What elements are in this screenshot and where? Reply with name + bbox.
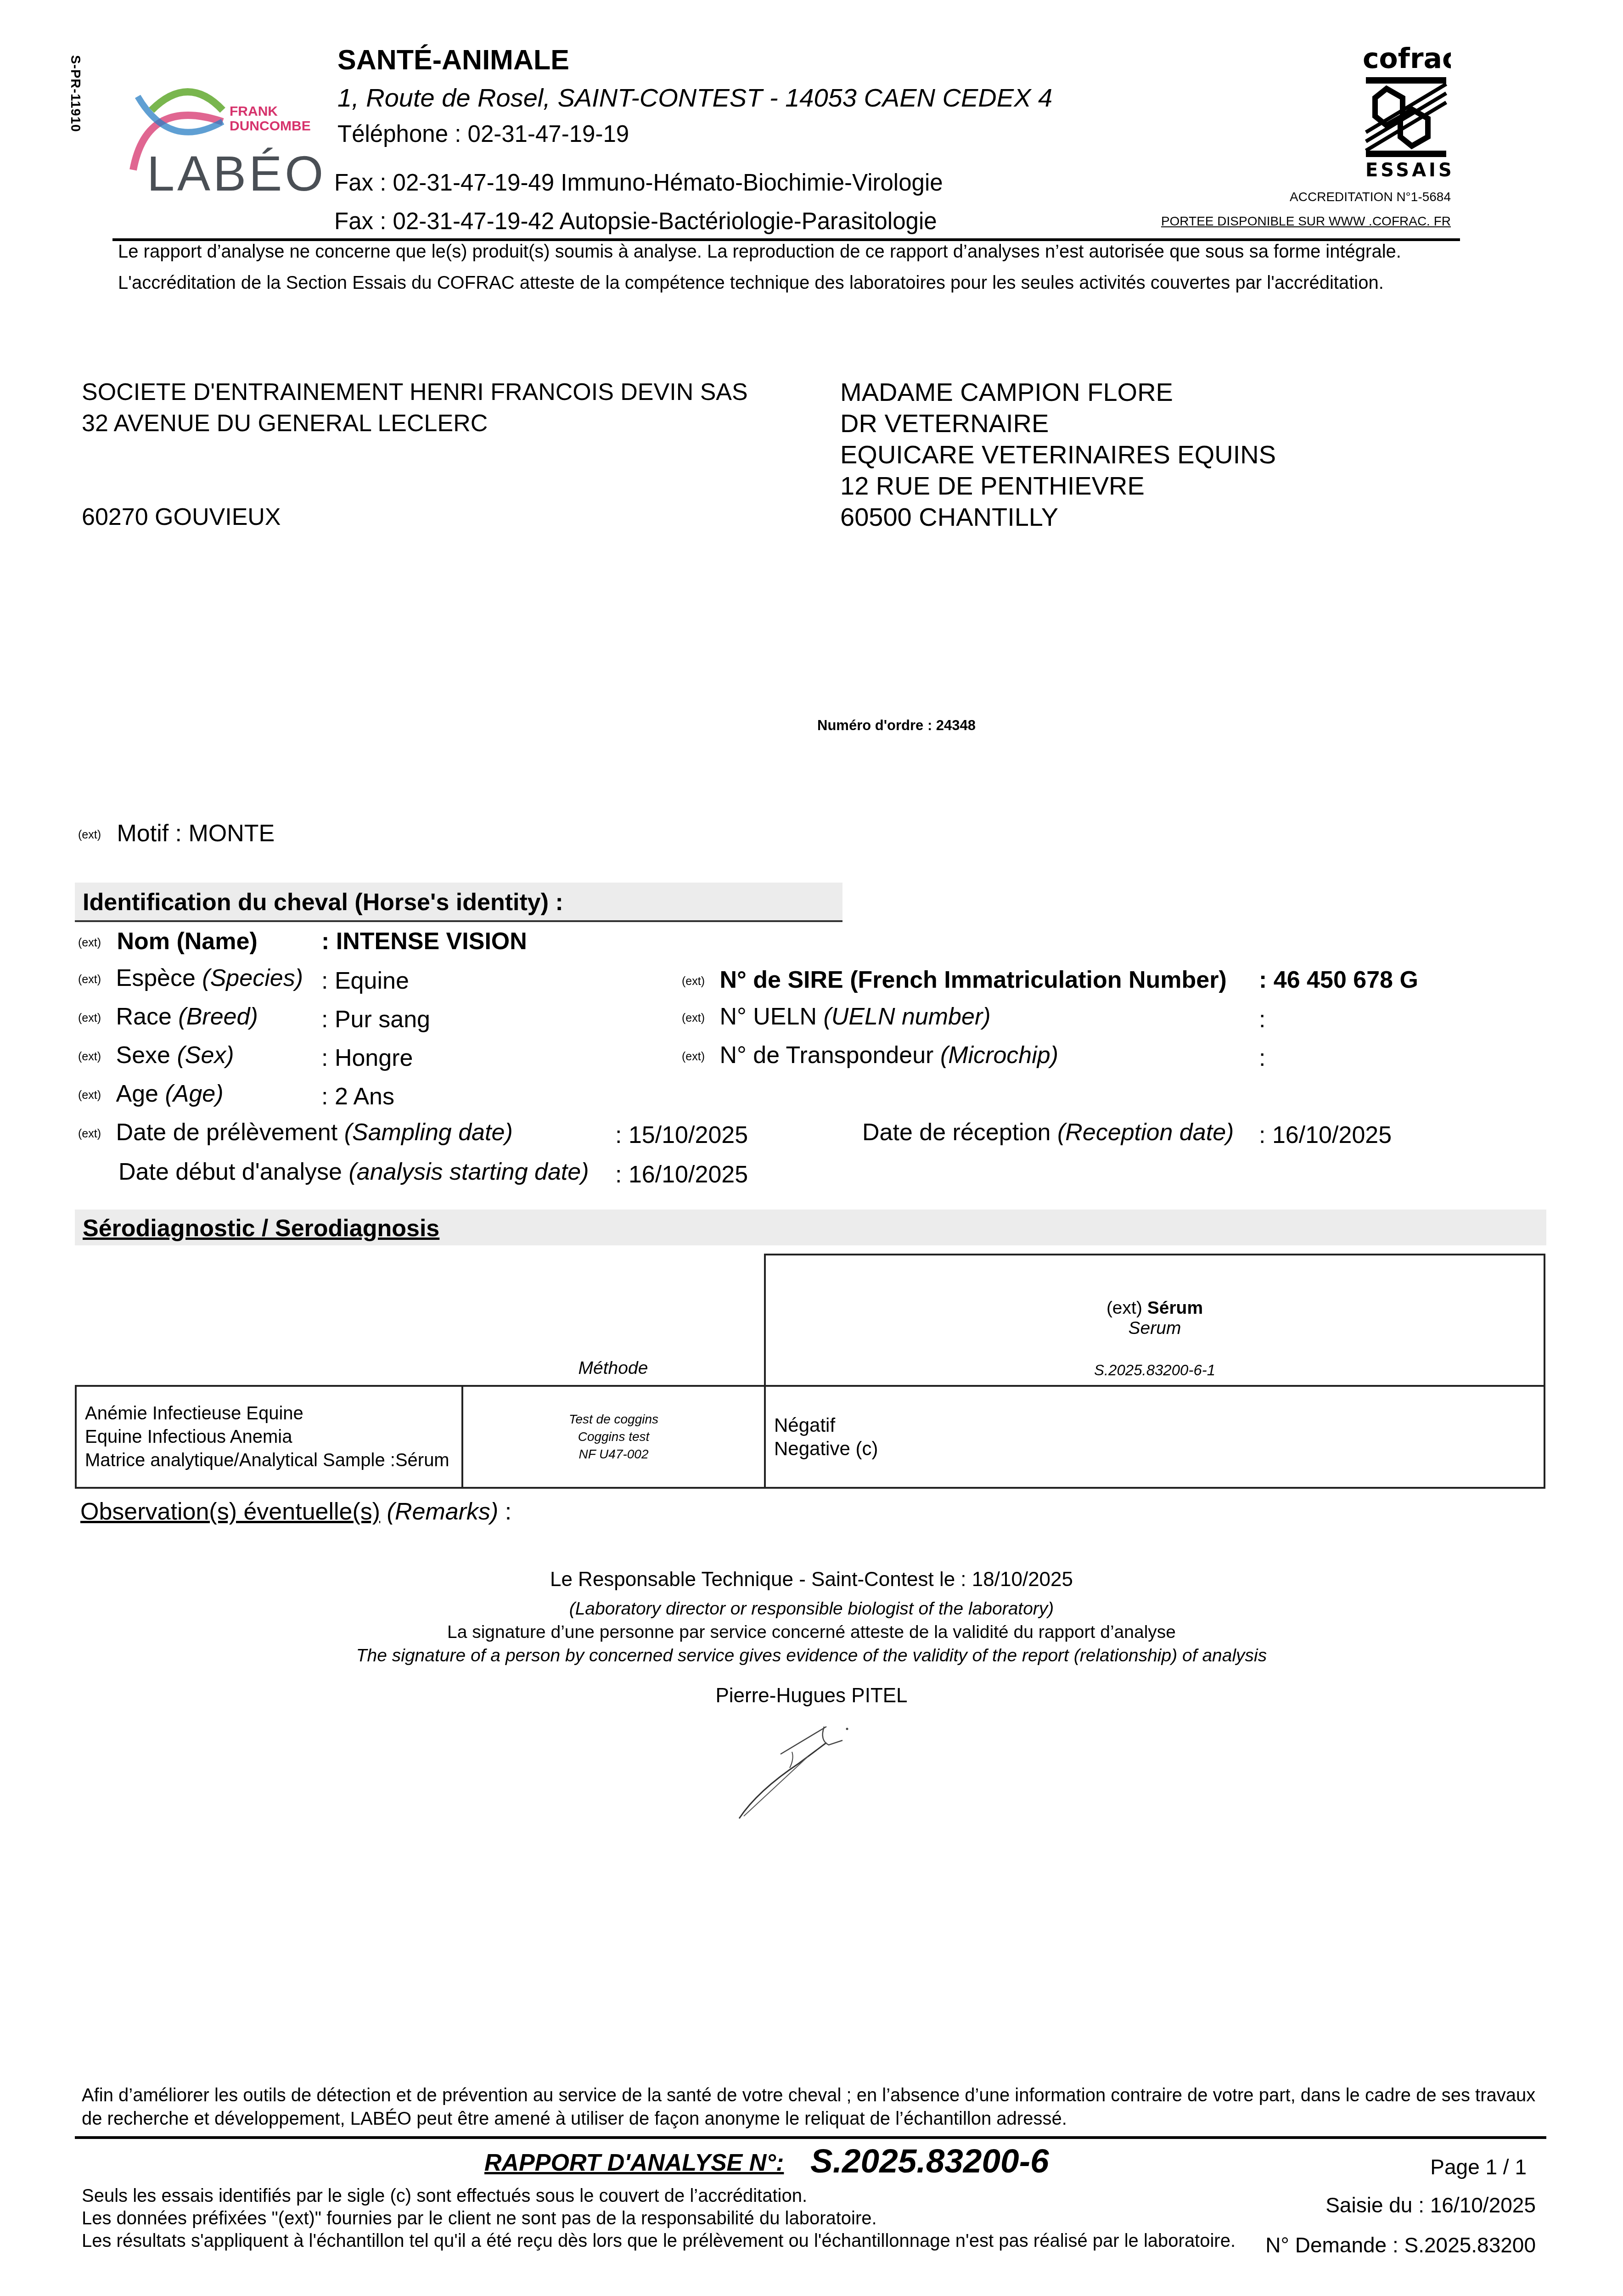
remarks: Observation(s) éventuelle(s) (Remarks) : [80,1498,511,1525]
analysis-start-label-en: (analysis starting date) [348,1159,589,1185]
signature-validity-en: The signature of a person by concerned s… [0,1646,1623,1666]
page-number: Page 1 / 1 [1430,2155,1527,2179]
svg-text:DUNCOMBE: DUNCOMBE [230,118,311,134]
signature-icon [730,1708,895,1823]
method-cell: Test de coggins Coggins test NF U47-002 [462,1386,765,1488]
ext-tag: (ext) [78,1127,101,1141]
recipient-line: DR VETERNAIRE [840,408,1276,439]
ext-tag: (ext) [78,1089,101,1102]
table-row: Anémie Infectieuse Equine Equine Infecti… [76,1386,1544,1488]
ueln-row: (ext) N° UELN (UELN number) [682,1003,991,1030]
svg-text:ESSAIS: ESSAIS [1365,160,1451,178]
recipient-line: 12 RUE DE PENTHIEVRE [840,470,1276,501]
remarks-label: Observation(s) éventuelle(s) [80,1498,380,1525]
notice-accreditation: L'accréditation de la Section Essais du … [118,273,1384,293]
remarks-label-en: (Remarks) [387,1498,499,1525]
sampling-date-row: (ext) Date de prélèvement (Sampling date… [78,1119,513,1146]
sire-value: : 46 450 678 G [1259,966,1418,994]
ext-tag: (ext) [78,973,101,986]
entry-date: Saisie du : 16/10/2025 [1325,2193,1536,2217]
age-label-en: (Age) [165,1080,223,1107]
recipient-line: MADAME CAMPION FLORE [840,377,1276,408]
cofrac-scope-link[interactable]: PORTEE DISPONIBLE SUR WWW .COFRAC. FR [1161,214,1451,229]
sex-label-en: (Sex) [177,1042,234,1069]
handwritten-signature [730,1708,895,1823]
method-norm: NF U47-002 [464,1446,764,1463]
signature-role-en: (Laboratory director or responsible biol… [0,1599,1623,1619]
results-header-row: Méthode (ext) Sérum Serum S.2025.83200-6… [76,1255,1544,1386]
microchip-label: N° de Transpondeur [719,1042,933,1069]
analysis-start-row: Date début d'analyse (analysis starting … [118,1158,589,1186]
sampling-date-label: Date de prélèvement [116,1119,337,1146]
sire-label: N° de SIRE (French Immatriculation Numbe… [719,967,1226,993]
client-address: SOCIETE D'ENTRAINEMENT HENRI FRANCOIS DE… [82,377,748,533]
lab-fax-1: Fax : 02-31-47-19-49 Immuno-Hémato-Bioch… [334,169,943,196]
result-cell: Négatif Negative (c) [765,1386,1544,1488]
sample-ext-tag: (ext) [1106,1298,1142,1318]
footer-line: Les résultats s'appliquent à l'échantill… [82,2230,1236,2252]
ext-tag: (ext) [682,1050,705,1064]
breed-value: : Pur sang [321,1006,430,1033]
header-divider [112,238,1460,241]
recipient-line: EQUICARE VETERINAIRES EQUINS [840,439,1276,470]
breed-label-en: (Breed) [178,1003,258,1030]
result-en: Negative (c) [774,1437,1543,1460]
test-header-cell [76,1255,462,1386]
ext-tag: (ext) [78,1012,101,1025]
sire-row: (ext) N° de SIRE (French Immatriculation… [682,966,1227,994]
test-name-cell: Anémie Infectieuse Equine Equine Infecti… [76,1386,462,1488]
lab-telephone: Téléphone : 02-31-47-19-19 [337,120,629,147]
client-line: SOCIETE D'ENTRAINEMENT HENRI FRANCOIS DE… [82,377,748,408]
sampling-date-label-en: (Sampling date) [344,1119,513,1146]
identity-name-row: (ext) Nom (Name) [78,928,258,955]
sex-row: (ext) Sexe (Sex) [78,1041,234,1069]
reception-date-label: Date de réception [862,1119,1051,1146]
client-line: 32 AVENUE DU GENERAL LECLERC [82,408,748,439]
labeo-logo: FRANK DUNCOMBE LABÉO [119,78,321,197]
horse-name: : INTENSE VISION [321,928,527,955]
svg-text:LABÉO: LABÉO [147,146,321,197]
cofrac-logo: cofrac ESSAIS [1359,40,1451,178]
sample-name-en: Serum [766,1318,1543,1339]
microchip-label-en: (Microchip) [940,1042,1058,1069]
breed-row: (ext) Race (Breed) [78,1003,258,1030]
recipient-line: 60500 CHANTILLY [840,501,1276,533]
signatory-name: Pierre-Hugues PITEL [0,1684,1623,1707]
serodiagnosis-title: Sérodiagnostic / Serodiagnosis [83,1215,439,1242]
motif-value: Motif : MONTE [117,820,275,847]
cofrac-essais-icon: cofrac ESSAIS [1359,40,1451,178]
microchip-value: : [1259,1044,1265,1072]
test-name-fr: Anémie Infectieuse Equine [85,1402,461,1425]
notice-reproduction: Le rapport d’analyse ne concerne que le(… [118,242,1401,262]
lab-address: 1, Route de Rosel, SAINT-CONTEST - 14053… [337,83,1052,113]
accreditation-number: ACCREDITATION N°1-5684 [1290,190,1451,204]
report-number: S.2025.83200-6 [810,2142,1049,2180]
footer-line: Seuls les essais identifiés par le sigle… [82,2185,1236,2207]
analysis-start-label: Date début d'analyse [118,1159,342,1185]
result-fr: Négatif [774,1413,1543,1437]
order-number: Numéro d'ordre : 24348 [817,717,976,734]
ext-tag: (ext) [682,975,705,988]
ext-tag: (ext) [78,828,101,842]
ext-tag: (ext) [78,1050,101,1064]
ueln-value: : [1259,1006,1265,1033]
sex-value: : Hongre [321,1044,413,1072]
remarks-colon: : [505,1498,511,1525]
signature-validity-fr: La signature d’une personne par service … [0,1622,1623,1643]
ext-tag: (ext) [682,1012,705,1025]
lab-fax-2: Fax : 02-31-47-19-42 Autopsie-Bactériolo… [334,208,937,235]
sample-header: (ext) Sérum Serum S.2025.83200-6-1 [765,1255,1544,1386]
department-title: SANTÉ-ANIMALE [337,44,569,76]
species-label: Espèce [116,965,195,991]
age-value: : 2 Ans [321,1083,394,1110]
report-number-label: RAPPORT D'ANALYSE N°: [484,2149,784,2177]
identity-title: Identification du cheval (Horse's identi… [83,889,563,916]
reception-date-row: Date de réception (Reception date) [862,1119,1234,1146]
sampling-date-value: : 15/10/2025 [615,1121,748,1149]
sample-id: S.2025.83200-6-1 [766,1362,1543,1379]
footer-research-note: Afin d’améliorer les outils de détection… [82,2084,1551,2131]
svg-text:FRANK: FRANK [230,104,278,119]
test-matrix: Matrice analytique/Analytical Sample :Sé… [85,1449,461,1472]
breed-label: Race [116,1003,171,1030]
species-label-en: (Species) [202,965,303,991]
ueln-label: N° UELN [719,1003,817,1030]
method-en: Coggins test [464,1428,764,1446]
age-label: Age [116,1080,158,1107]
ext-tag: (ext) [78,936,101,950]
request-number: N° Demande : S.2025.83200 [1265,2233,1536,2257]
footer-divider [75,2136,1546,2139]
signature-title: Le Responsable Technique - Saint-Contest… [0,1568,1623,1591]
method-fr: Test de coggins [464,1411,764,1428]
test-name-en: Equine Infectious Anemia [85,1425,461,1449]
document-code: S-PR-11910 [67,55,83,132]
sex-label: Sexe [116,1042,170,1069]
species-row: (ext) Espèce (Species) [78,964,303,992]
footer-legal: Seuls les essais identifiés par le sigle… [82,2185,1236,2252]
sample-name: Sérum [1147,1298,1203,1318]
results-table: Méthode (ext) Sérum Serum S.2025.83200-6… [75,1254,1545,1489]
reception-date-value: : 16/10/2025 [1259,1121,1392,1149]
species-value: : Equine [321,967,409,995]
svg-text:cofrac: cofrac [1363,43,1451,75]
reception-date-label-en: (Reception date) [1057,1119,1234,1146]
labeo-swoosh-icon: FRANK DUNCOMBE LABÉO [119,78,321,197]
age-row: (ext) Age (Age) [78,1080,224,1108]
microchip-row: (ext) N° de Transpondeur (Microchip) [682,1041,1058,1069]
motif: (ext) Motif : MONTE [78,820,275,847]
analysis-start-value: : 16/10/2025 [615,1161,748,1188]
recipient-address: MADAME CAMPION FLORE DR VETERNAIRE EQUIC… [840,377,1276,533]
name-label: Nom (Name) [117,928,257,955]
ueln-label-en: (UELN number) [823,1003,990,1030]
footer-line: Les données préfixées "(ext)" fournies p… [82,2207,1236,2230]
client-city: 60270 GOUVIEUX [82,501,748,533]
method-header: Méthode [462,1255,765,1386]
